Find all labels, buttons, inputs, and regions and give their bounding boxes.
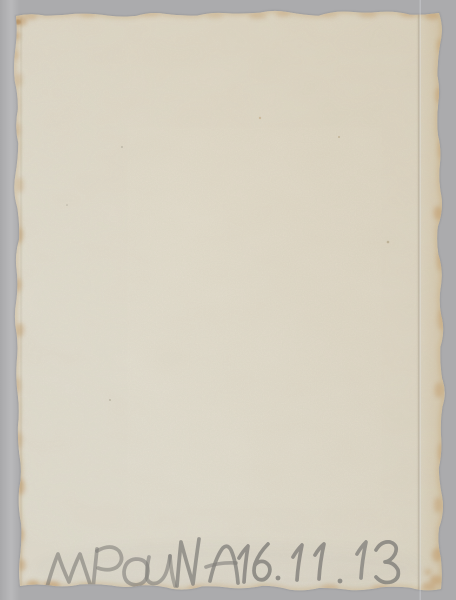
left-edge-junction xyxy=(21,18,22,586)
paper-surface-detail xyxy=(0,0,456,600)
paper-mottling xyxy=(0,0,456,600)
pencil-period-dot xyxy=(276,576,281,581)
crease-line-soft-shadow xyxy=(417,14,420,590)
photo-back-verso xyxy=(0,0,456,600)
pencil-period-dot xyxy=(338,579,343,584)
scanner-line xyxy=(420,0,421,600)
photo-scan: MPOUN A16.11.13 xyxy=(0,0,456,600)
